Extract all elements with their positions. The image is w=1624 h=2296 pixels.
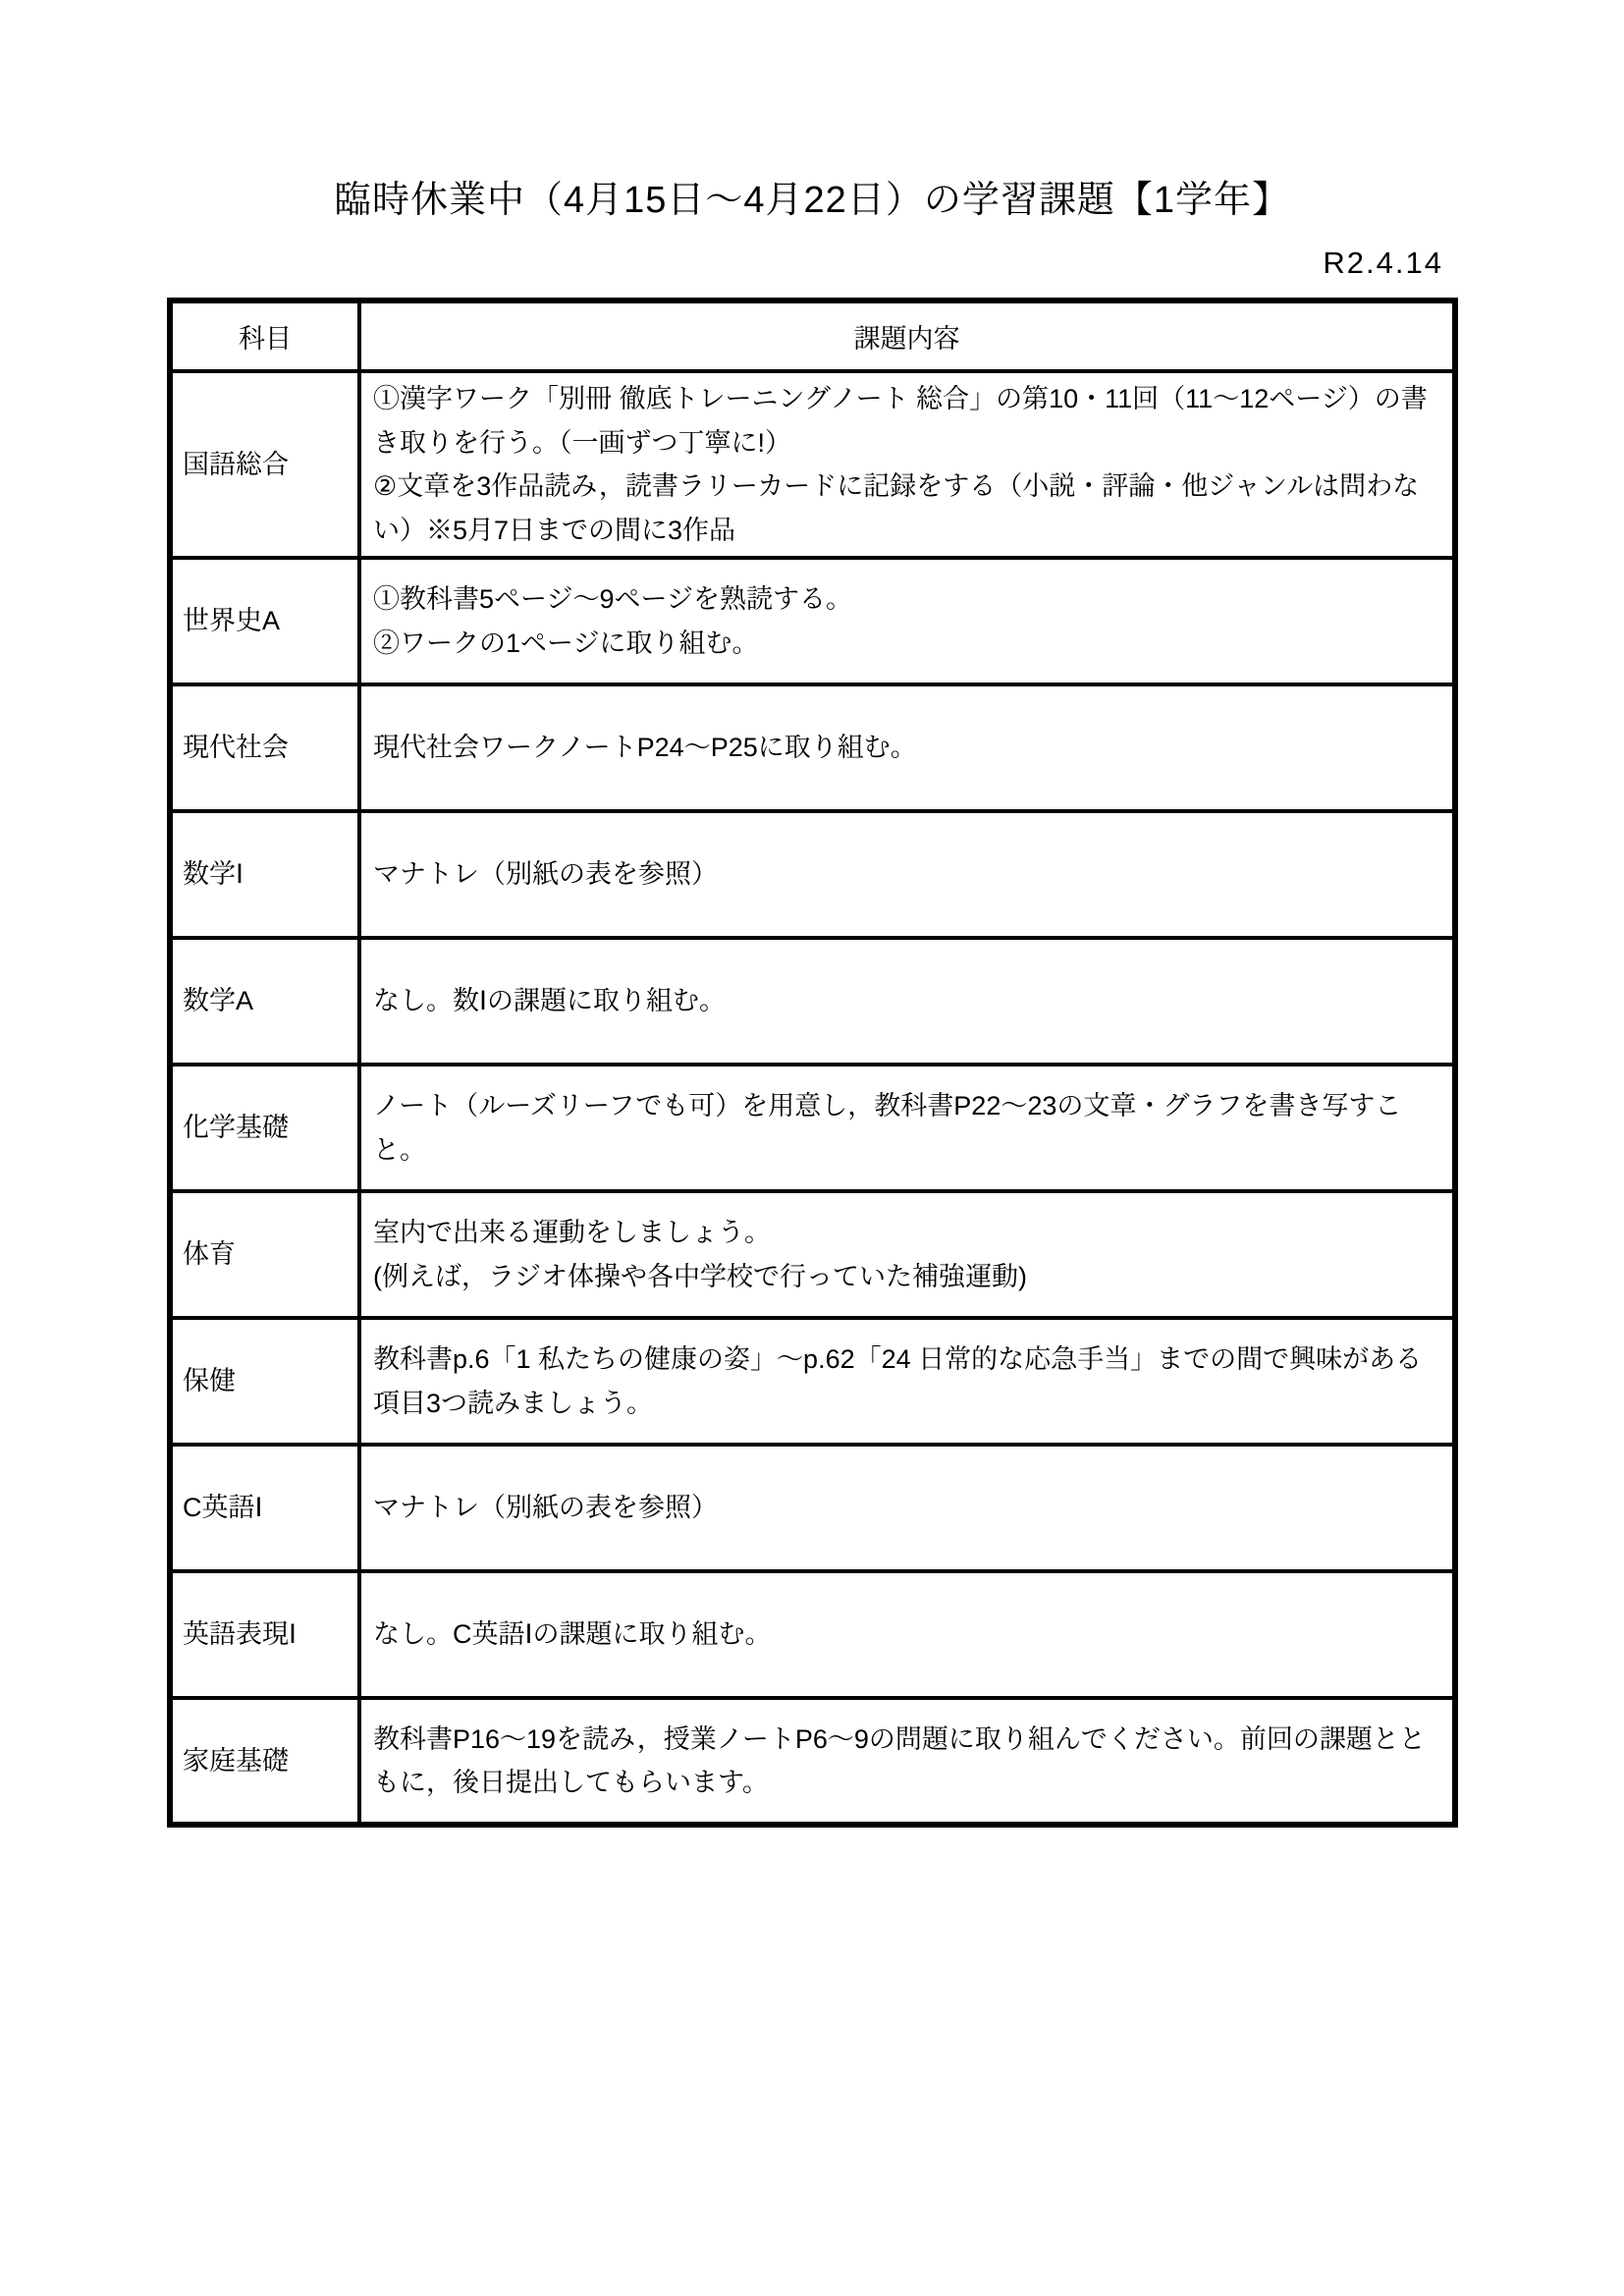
subject-column-header: 科目 <box>170 301 359 371</box>
table-row: 世界史A ①教科書5ページ～9ページを熟読する。 ②ワークの1ページに取り組む。 <box>170 558 1455 684</box>
subject-cell: 世界史A <box>170 558 359 684</box>
subject-cell: 国語総合 <box>170 371 359 558</box>
content-cell: 教科書P16～19を読み，授業ノートP6～9の問題に取り組んでください。前回の課… <box>359 1698 1455 1825</box>
subject-cell: 現代社会 <box>170 684 359 811</box>
content-cell: ①漢字ワーク「別冊 徹底トレーニングノート 総合」の第10・11回（11～12ペ… <box>359 371 1455 558</box>
content-cell: マナトレ（別紙の表を参照） <box>359 1445 1455 1571</box>
document-date: R2.4.14 <box>1323 246 1443 281</box>
content-cell: ノート（ルーズリーフでも可）を用意し，教科書P22～23の文章・グラフを書き写す… <box>359 1065 1455 1191</box>
table-row: 化学基礎 ノート（ルーズリーフでも可）を用意し，教科書P22～23の文章・グラフ… <box>170 1065 1455 1191</box>
table-row: 英語表現Ⅰ なし。C英語Ⅰの課題に取り組む。 <box>170 1571 1455 1698</box>
page-title: 臨時休業中（4月15日～4月22日）の学習課題【1学年】 <box>0 169 1624 223</box>
table-row: 数学A なし。数Ⅰの課題に取り組む。 <box>170 938 1455 1065</box>
table-row: 国語総合 ①漢字ワーク「別冊 徹底トレーニングノート 総合」の第10・11回（1… <box>170 371 1455 558</box>
subject-cell: 保健 <box>170 1318 359 1445</box>
table-row: 保健 教科書p.6「1 私たちの健康の姿」～p.62「24 日常的な応急手当」ま… <box>170 1318 1455 1445</box>
document-page: 臨時休業中（4月15日～4月22日）の学習課題【1学年】 R2.4.14 科目 … <box>0 0 1624 2296</box>
content-cell: 現代社会ワークノートP24～P25に取り組む。 <box>359 684 1455 811</box>
content-cell: なし。C英語Ⅰの課題に取り組む。 <box>359 1571 1455 1698</box>
table-row: 数学Ⅰ マナトレ（別紙の表を参照） <box>170 811 1455 938</box>
subject-cell: 英語表現Ⅰ <box>170 1571 359 1698</box>
subject-cell: 数学Ⅰ <box>170 811 359 938</box>
subject-cell: 化学基礎 <box>170 1065 359 1191</box>
content-cell: マナトレ（別紙の表を参照） <box>359 811 1455 938</box>
subject-cell: 数学A <box>170 938 359 1065</box>
header-row: 科目 課題内容 <box>170 301 1455 371</box>
content-column-header: 課題内容 <box>359 301 1455 371</box>
assignments-body: 国語総合 ①漢字ワーク「別冊 徹底トレーニングノート 総合」の第10・11回（1… <box>170 371 1455 1825</box>
subject-cell: 家庭基礎 <box>170 1698 359 1825</box>
subject-cell: 体育 <box>170 1191 359 1318</box>
table-row: 家庭基礎 教科書P16～19を読み，授業ノートP6～9の問題に取り組んでください… <box>170 1698 1455 1825</box>
content-cell: なし。数Ⅰの課題に取り組む。 <box>359 938 1455 1065</box>
assignments-table: 科目 課題内容 国語総合 ①漢字ワーク「別冊 徹底トレーニングノート 総合」の第… <box>167 298 1458 1828</box>
content-cell: 教科書p.6「1 私たちの健康の姿」～p.62「24 日常的な応急手当」までの間… <box>359 1318 1455 1445</box>
content-cell: 室内で出来る運動をしましょう。 (例えば，ラジオ体操や各中学校で行っていた補強運… <box>359 1191 1455 1318</box>
table-row: C英語Ⅰ マナトレ（別紙の表を参照） <box>170 1445 1455 1571</box>
subject-cell: C英語Ⅰ <box>170 1445 359 1571</box>
content-cell: ①教科書5ページ～9ページを熟読する。 ②ワークの1ページに取り組む。 <box>359 558 1455 684</box>
table-row: 体育 室内で出来る運動をしましょう。 (例えば，ラジオ体操や各中学校で行っていた… <box>170 1191 1455 1318</box>
table-row: 現代社会 現代社会ワークノートP24～P25に取り組む。 <box>170 684 1455 811</box>
